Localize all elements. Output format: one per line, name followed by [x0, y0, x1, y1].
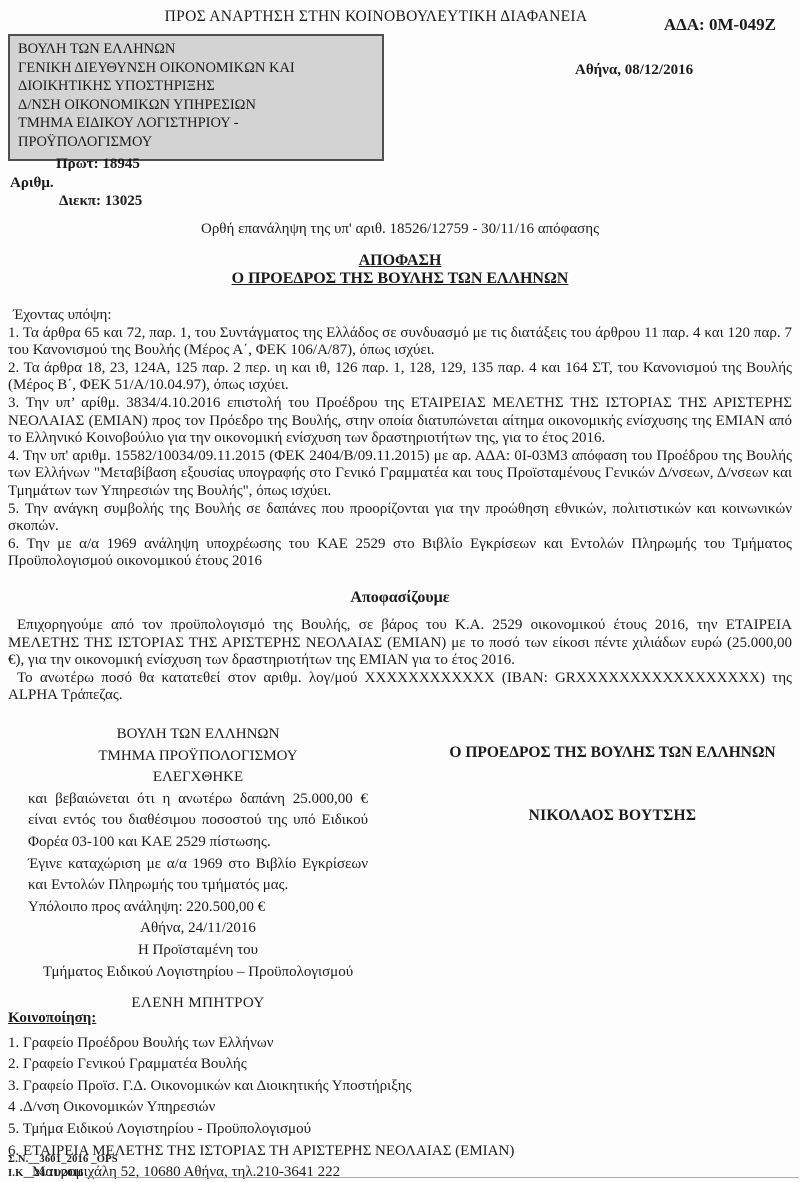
verification-body: Έγινε καταχώριση με α/α 1969 στο Βιβλίο …: [28, 854, 368, 897]
preamble-item: 5. Την ανάγκη συμβολής της Βουλής σε δαπ…: [8, 501, 792, 536]
verification-body: και βεβαιώνεται ότι η ανωτέρω δαπάνη 25.…: [28, 789, 368, 854]
decision-heading-line2: Ο ΠΡΟΕΔΡΟΣ ΤΗΣ ΒΟΥΛΗΣ ΤΩΝ ΕΛΛΗΝΩΝ: [0, 270, 800, 288]
preamble-intro: Έχοντας υπόψη:: [8, 307, 792, 325]
agency-line-6: ΠΡΟΫΠΟΛΟΓΙΣΜΟΥ: [18, 133, 374, 152]
distribution-item: 3. Γραφείο Προϊσ. Γ.Δ. Οικονομικών και Δ…: [8, 1076, 514, 1098]
distribution-heading: Κοινοποίηση:: [8, 1008, 514, 1030]
protocol-diekp: Διεκπ: 13025: [10, 192, 142, 211]
distribution-item: 5. Τμήμα Ειδικού Λογιστηρίου - Προϋπολογ…: [8, 1119, 514, 1141]
preamble-item: 6. Την με α/α 1969 ανάληψη υποχρέωσης το…: [8, 536, 792, 571]
document-page: ΠΡΟΣ ΑΝΑΡΤΗΣΗ ΣΤΗΝ ΚΟΙΝΟΒΟΥΛΕΥΤΙΚΗ ΔΙΑΦΑ…: [0, 0, 800, 1182]
bottom-divider: [85, 1177, 799, 1178]
protocol-label: Αριθμ.: [10, 174, 142, 193]
verification-signer-title: Τμήματος Ειδικού Λογιστηρίου – Προϋπολογ…: [28, 962, 368, 984]
preamble-item: 2. Τα άρθρα 18, 23, 124Α, 125 παρ. 2 περ…: [8, 360, 792, 395]
operative-paragraph: Το ανωτέρω ποσό θα κατατεθεί στον αριθμ.…: [8, 670, 792, 705]
distribution-item: 4 .Δ/νση Οικονομικών Υπηρεσιών: [8, 1097, 514, 1119]
decision-heading-line1: ΑΠΟΦΑΣΗ: [0, 252, 800, 270]
agency-line-3: ΔΙΟΙΚΗΤΙΚΗΣ ΥΠΟΣΤΗΡΙΞΗΣ: [18, 77, 374, 96]
agency-line-5: ΤΜΗΜΑ ΕΙΔΙΚΟΥ ΛΟΓΙΣΤΗΡΙΟΥ -: [18, 114, 374, 133]
verification-header-line: ΤΜΗΜΑ ΠΡΟΫΠΟΛΟΓΙΣΜΟΥ: [28, 746, 368, 768]
verification-header-line: ΕΛΕΓΧΘΗΚΕ: [28, 767, 368, 789]
agency-line-1: ΒΟΥΛΗ ΤΩΝ ΕΛΛΗΝΩΝ: [18, 40, 374, 59]
issue-date: Αθήνα, 08/12/2016: [575, 62, 693, 79]
publication-notice: ΠΡΟΣ ΑΝΑΡΤΗΣΗ ΣΤΗΝ ΚΟΙΝΟΒΟΥΛΕΥΤΙΚΗ ΔΙΑΦΑ…: [0, 8, 752, 26]
verification-date: Αθήνα, 24/11/2016: [28, 918, 368, 940]
preamble-item: 3. Την υπ’ αρίθμ. 3834/4.10.2016 επιστολ…: [8, 395, 792, 448]
distribution-item: 1. Γραφείο Προέδρου Βουλής των Ελλήνων: [8, 1033, 514, 1055]
verification-header-line: ΒΟΥΛΗ ΤΩΝ ΕΛΛΗΝΩΝ: [28, 724, 368, 746]
agency-line-2: ΓΕΝΙΚΗ ΔΙΕΥΘΥΝΣΗ ΟΙΚΟΝΟΜΙΚΩΝ ΚΑΙ: [18, 59, 374, 78]
footer-reference-line: Σ.Ν.__3601_2016 _OPS: [8, 1153, 118, 1167]
decision-heading: ΑΠΟΦΑΣΗ Ο ΠΡΟΕΔΡΟΣ ΤΗΣ ΒΟΥΛΗΣ ΤΩΝ ΕΛΛΗΝΩ…: [0, 252, 800, 287]
operative-paragraph: Επιχορηγούμε από τον προϋπολογισμό της Β…: [8, 617, 792, 670]
ada-code: ΑΔΑ: 0M-049Z: [664, 15, 776, 35]
budget-verification-block: ΒΟΥΛΗ ΤΩΝ ΕΛΛΗΝΩΝ ΤΜΗΜΑ ΠΡΟΫΠΟΛΟΓΙΣΜΟΥ Ε…: [28, 724, 368, 1015]
operative-heading: Αποφασίζουμε: [0, 589, 800, 607]
correction-note: Ορθή επανάληψη της υπ' αριθ. 18526/12759…: [0, 221, 800, 238]
protocol-numbers: Πρωτ: 18945 Αριθμ. Διεκπ: 13025: [10, 155, 142, 211]
protocol-prot: Πρωτ: 18945: [10, 155, 142, 174]
preamble-item: 4. Την υπ' αριθμ. 15582/10034/09.11.2015…: [8, 448, 792, 501]
president-title: Ο ΠΡΟΕΔΡΟΣ ΤΗΣ ΒΟΥΛΗΣ ΤΩΝ ΕΛΛΗΝΩΝ: [445, 742, 780, 763]
reference-footer: Σ.Ν.__3601_2016 _OPS Ι.Κ__24/11/2016: [8, 1153, 118, 1180]
signature-area: ΒΟΥΛΗ ΤΩΝ ΕΛΛΗΝΩΝ ΤΜΗΜΑ ΠΡΟΫΠΟΛΟΓΙΣΜΟΥ Ε…: [8, 724, 792, 1015]
president-signature-block: Ο ΠΡΟΕΔΡΟΣ ΤΗΣ ΒΟΥΛΗΣ ΤΩΝ ΕΛΛΗΝΩΝ ΝΙΚΟΛΑ…: [445, 724, 780, 1015]
verification-balance: Υπόλοιπο προς ανάληψη: 220.500,00 €: [28, 897, 368, 919]
operative-body: Επιχορηγούμε από τον προϋπολογισμό της Β…: [8, 617, 792, 705]
agency-line-4: Δ/ΝΣΗ ΟΙΚΟΝΟΜΙΚΩΝ ΥΠΗΡΕΣΙΩΝ: [18, 96, 374, 115]
verification-signer-title: Η Προϊσταμένη του: [28, 940, 368, 962]
agency-letterhead-box: ΒΟΥΛΗ ΤΩΝ ΕΛΛΗΝΩΝ ΓΕΝΙΚΗ ΔΙΕΥΘΥΝΣΗ ΟΙΚΟΝ…: [8, 34, 384, 161]
preamble: Έχοντας υπόψη: 1. Τα άρθρα 65 και 72, πα…: [8, 307, 792, 571]
preamble-item: 1. Τα άρθρα 65 και 72, παρ. 1, του Συντά…: [8, 325, 792, 360]
president-name: ΝΙΚΟΛΑΟΣ ΒΟΥΤΣΗΣ: [445, 807, 780, 825]
distribution-item: 2. Γραφείο Γενικού Γραμματέα Βουλής: [8, 1054, 514, 1076]
